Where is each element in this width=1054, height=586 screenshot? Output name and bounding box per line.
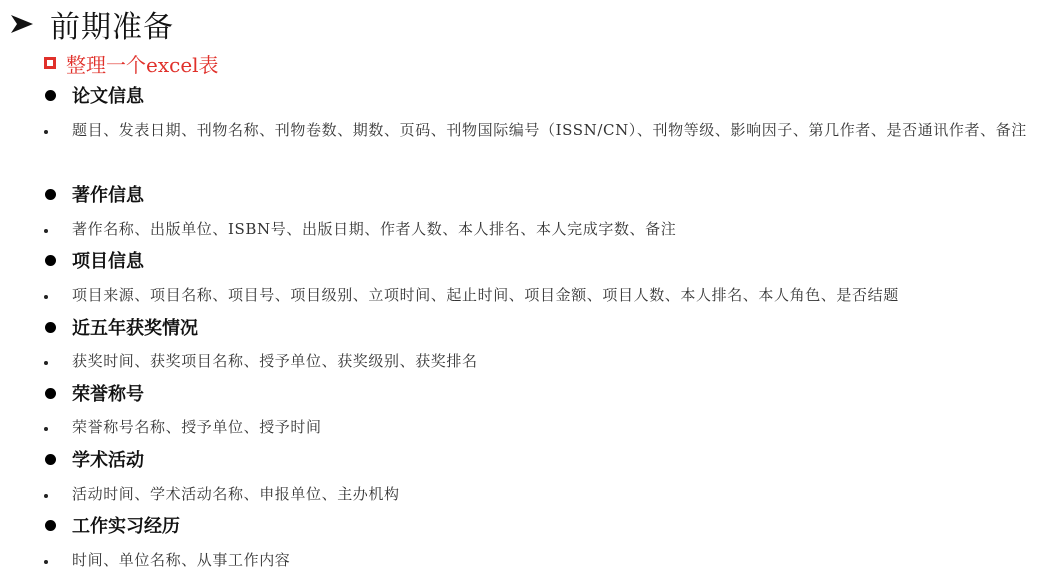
small-bullet-icon [44,427,48,431]
small-bullet-icon [44,130,48,134]
hollow-square-icon [44,57,56,69]
list-item: 时间、单位名称、从事工作内容 [40,548,1030,577]
list-item: 著作名称、出版单位、ISBN号、出版日期、作者人数、本人排名、本人完成字数、备注 [40,217,1030,246]
small-bullet-icon [44,361,48,365]
list-item: 荣誉称号名称、授予单位、授予时间 [40,415,1030,444]
small-bullet-icon [44,494,48,498]
small-bullet-icon [44,295,48,299]
subtitle-text: 整理一个excel表 [66,49,219,78]
section-heading: 学术活动 [42,446,144,472]
bullet-icon [45,189,56,200]
arrowhead-right-icon [8,10,36,38]
title-text: 前期准备 [50,2,174,46]
section-title: 著作信息 [72,181,144,207]
item-text: 时间、单位名称、从事工作内容 [72,544,1030,577]
bullet-icon [45,520,56,531]
page-title: 前期准备 [8,4,174,44]
section-heading: 项目信息 [42,247,144,273]
item-text: 获奖时间、获奖项目名称、授予单位、获奖级别、获奖排名 [72,345,1030,378]
bullet-icon [45,454,56,465]
item-text: 活动时间、学术活动名称、申报单位、主办机构 [72,478,1030,511]
bullet-icon [45,255,56,266]
list-item: 项目来源、项目名称、项目号、项目级别、立项时间、起止时间、项目金额、项目人数、本… [40,283,1030,312]
subtitle: 整理一个excel表 [44,50,219,76]
section-heading: 论文信息 [42,82,144,108]
item-text: 著作名称、出版单位、ISBN号、出版日期、作者人数、本人排名、本人完成字数、备注 [72,213,1030,246]
section-title: 工作实习经历 [72,512,180,538]
item-text: 题目、发表日期、刊物名称、刊物卷数、期数、页码、刊物国际编号（ISSN/CN）、… [72,114,1030,147]
section-title: 学术活动 [72,446,144,472]
section-title: 项目信息 [72,247,144,273]
section-heading: 著作信息 [42,181,144,207]
bullet-icon [45,90,56,101]
item-text: 项目来源、项目名称、项目号、项目级别、立项时间、起止时间、项目金额、项目人数、本… [72,279,1030,312]
section-heading: 荣誉称号 [42,380,144,406]
section-heading: 工作实习经历 [42,512,180,538]
bullet-icon [45,322,56,333]
section-title: 荣誉称号 [72,380,144,406]
section-title: 论文信息 [72,82,144,108]
small-bullet-icon [44,560,48,564]
list-item: 活动时间、学术活动名称、申报单位、主办机构 [40,482,1030,511]
list-item: 获奖时间、获奖项目名称、授予单位、获奖级别、获奖排名 [40,349,1030,378]
section-heading: 近五年获奖情况 [42,314,198,340]
bullet-icon [45,388,56,399]
small-bullet-icon [44,229,48,233]
section-title: 近五年获奖情况 [72,314,198,340]
item-text: 荣誉称号名称、授予单位、授予时间 [72,411,1030,444]
list-item: 题目、发表日期、刊物名称、刊物卷数、期数、页码、刊物国际编号（ISSN/CN）、… [40,118,1030,147]
